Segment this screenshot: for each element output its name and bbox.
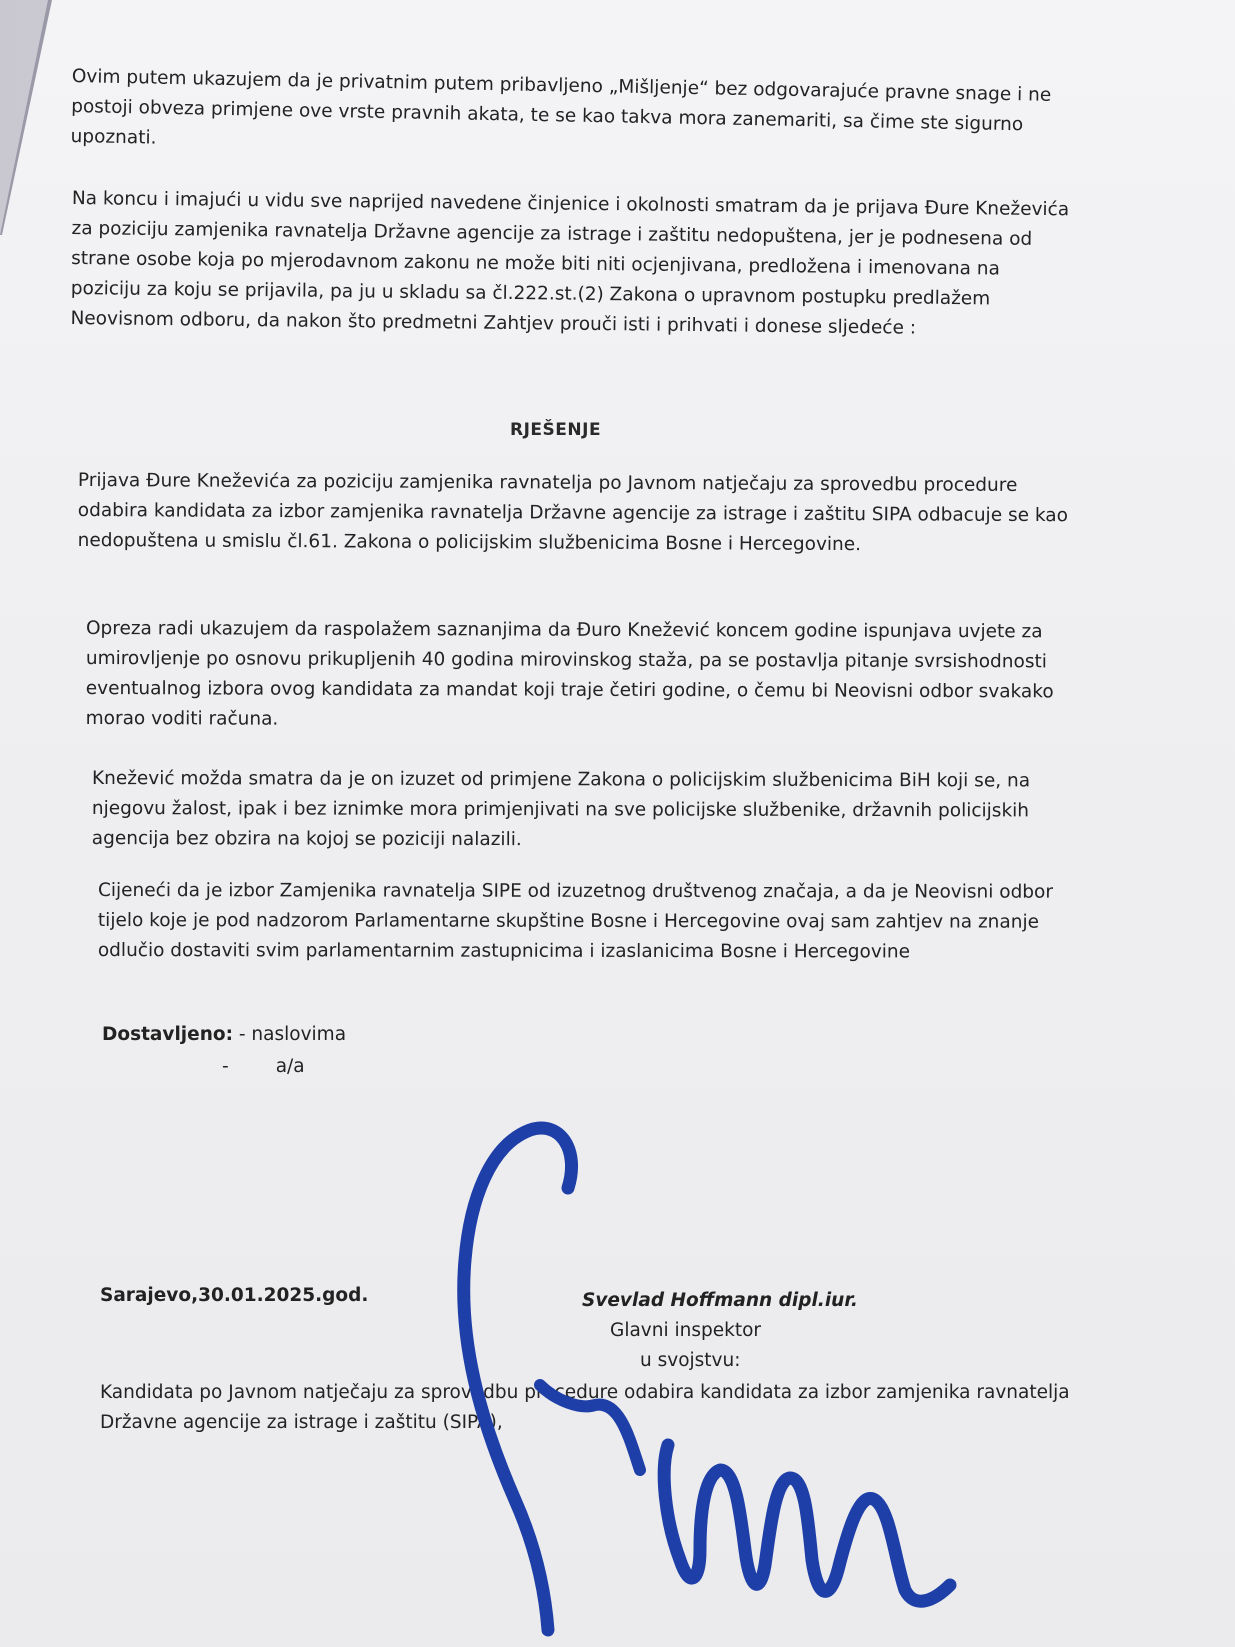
text-line: Kandidata po Javnom natječaju za sproved… bbox=[100, 1382, 1110, 1412]
text-line: umirovljenje po osnovu prikupljenih 40 g… bbox=[86, 648, 1096, 682]
text-line: eventualnog izbora ovog kandidata za man… bbox=[86, 678, 1096, 712]
archive-note: - a/a bbox=[222, 1056, 305, 1077]
capacity-text: Kandidata po Javnom natječaju za sproved… bbox=[100, 1382, 1110, 1442]
text-line: Državne agencije za istrage i zaštitu (S… bbox=[100, 1412, 1110, 1442]
delivered-value: - naslovima bbox=[239, 1024, 346, 1045]
text-line: Cijeneći da je izbor Zamjenika ravnatelj… bbox=[98, 880, 1108, 912]
signer-role: Glavni inspektor bbox=[610, 1320, 761, 1341]
decision-heading: RJEŠENJE bbox=[510, 420, 601, 440]
signer-capacity: u svojstvu: bbox=[640, 1350, 740, 1371]
paragraph-conclusion: Na koncu i imajući u vidu sve naprijed n… bbox=[70, 188, 1082, 349]
decision-text: Prijava Đure Kneževića za poziciju zamje… bbox=[78, 470, 1088, 565]
text-line: agencija bez obzira na kojoj se poziciji… bbox=[92, 828, 1102, 861]
delivered-to: Dostavljeno: - naslovima bbox=[102, 1024, 346, 1045]
text-line: nedopuštena u smislu čl.61. Zakona o pol… bbox=[78, 530, 1088, 565]
text-line: morao voditi računa. bbox=[86, 708, 1096, 742]
text-line: odlučio dostaviti svim parlamentarnim za… bbox=[98, 940, 1108, 972]
text-line: njegovu žalost, ipak i bez iznimke mora … bbox=[92, 798, 1102, 831]
delivered-label: Dostavljeno: bbox=[102, 1024, 233, 1045]
place-date: Sarajevo,30.01.2025.god. bbox=[100, 1285, 368, 1306]
signer-name: Svevlad Hoffmann dipl.iur. bbox=[582, 1290, 858, 1311]
note-retirement: Opreza radi ukazujem da raspolažem sazna… bbox=[86, 618, 1096, 742]
text-line: Knežević možda smatra da je on izuzet od… bbox=[92, 768, 1102, 801]
text-line: Opreza radi ukazujem da raspolažem sazna… bbox=[86, 618, 1096, 652]
note-law-application: Knežević možda smatra da je on izuzet od… bbox=[92, 768, 1102, 861]
text-line: tijelo koje je pod nadzorom Parlamentarn… bbox=[98, 910, 1108, 942]
note-distribution: Cijeneći da je izbor Zamjenika ravnatelj… bbox=[98, 880, 1108, 972]
